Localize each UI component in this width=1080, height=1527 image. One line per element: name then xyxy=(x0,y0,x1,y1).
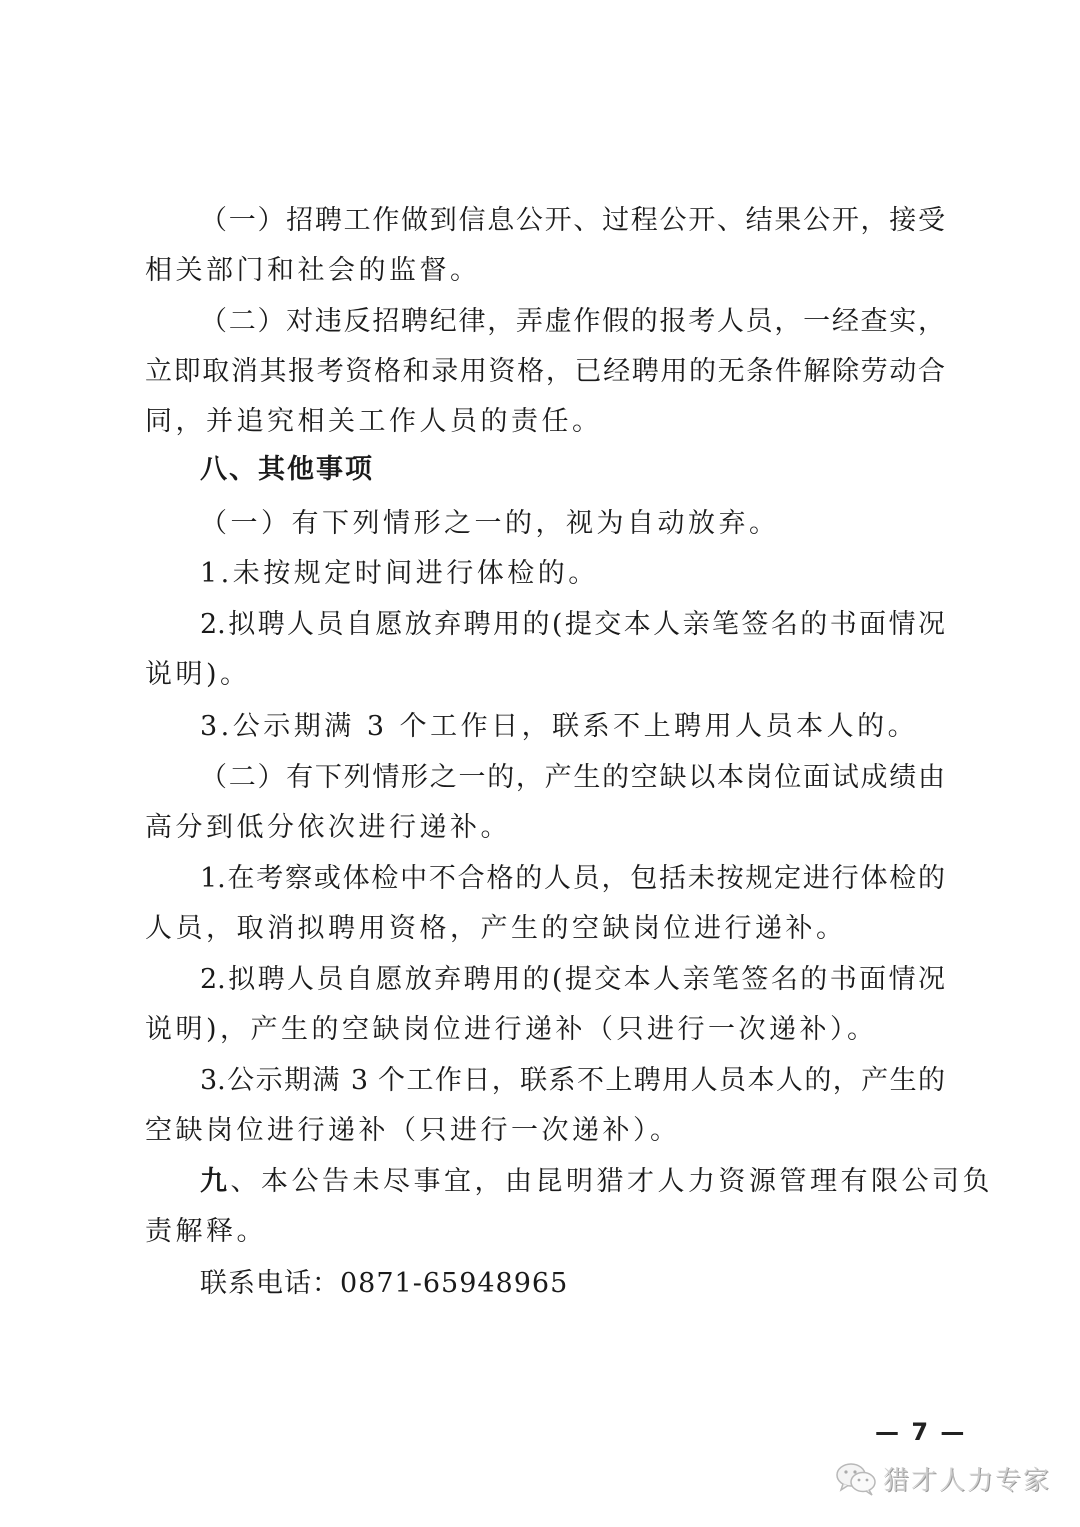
list-item-line: 1.在考察或体检中不合格的人员，包括未按规定进行体检的 xyxy=(200,861,945,897)
paragraph-line: 同，并追究相关工作人员的责任。 xyxy=(145,404,945,440)
list-item-line: 空缺岗位进行递补（只进行一次递补）。 xyxy=(145,1113,945,1149)
watermark-text: 猎才人力专家 xyxy=(883,1460,1051,1497)
contact-phone: 联系电话：0871-65948965 xyxy=(200,1266,945,1302)
paragraph-line: （一）有下列情形之一的，视为自动放弃。 xyxy=(200,506,945,542)
paragraph-line: 高分到低分依次进行递补。 xyxy=(145,810,945,846)
list-item-line: 3.公示期满 3 个工作日，联系不上聘用人员本人的，产生的 xyxy=(200,1063,945,1099)
page-number: — 7 — xyxy=(875,1418,966,1446)
document-page: （一）招聘工作做到信息公开、过程公开、结果公开，接受 相关部门和社会的监督。 （… xyxy=(0,0,1080,1527)
watermark: 猎才人力专家 xyxy=(835,1460,1051,1497)
list-item-line: 说明)，产生的空缺岗位进行递补（只进行一次递补）。 xyxy=(145,1012,945,1048)
list-item-line: 1.未按规定时间进行体检的。 xyxy=(200,556,945,592)
paragraph-line: （一）招聘工作做到信息公开、过程公开、结果公开，接受 xyxy=(200,203,945,239)
list-item-line: 2.拟聘人员自愿放弃聘用的(提交本人亲笔签名的书面情况 xyxy=(200,607,945,643)
paragraph-line: 相关部门和社会的监督。 xyxy=(145,253,945,289)
paragraph-line: 立即取消其报考资格和录用资格，已经聘用的无条件解除劳动合 xyxy=(145,354,945,390)
list-item-line: 说明)。 xyxy=(145,657,945,693)
paragraph-line: 责解释。 xyxy=(145,1214,945,1250)
section-number: 九 xyxy=(200,1164,231,1200)
paragraph-line: 九、本公告未尽事宜，由昆明猎才人力资源管理有限公司负 xyxy=(200,1164,945,1200)
paragraph-line: （二）对违反招聘纪律，弄虚作假的报考人员，一经查实， xyxy=(200,304,945,340)
list-item-line: 3.公示期满 3 个工作日，联系不上聘用人员本人的。 xyxy=(200,709,945,745)
list-item-line: 人员，取消拟聘用资格，产生的空缺岗位进行递补。 xyxy=(145,911,945,947)
paragraph-text: 、本公告未尽事宜，由昆明猎才人力资源管理有限公司负 xyxy=(231,1164,994,1200)
wechat-icon xyxy=(835,1462,877,1496)
list-item-line: 2.拟聘人员自愿放弃聘用的(提交本人亲笔签名的书面情况 xyxy=(200,962,945,998)
section-heading: 八、其他事项 xyxy=(200,452,945,488)
paragraph-line: （二）有下列情形之一的，产生的空缺以本岗位面试成绩由 xyxy=(200,760,945,796)
